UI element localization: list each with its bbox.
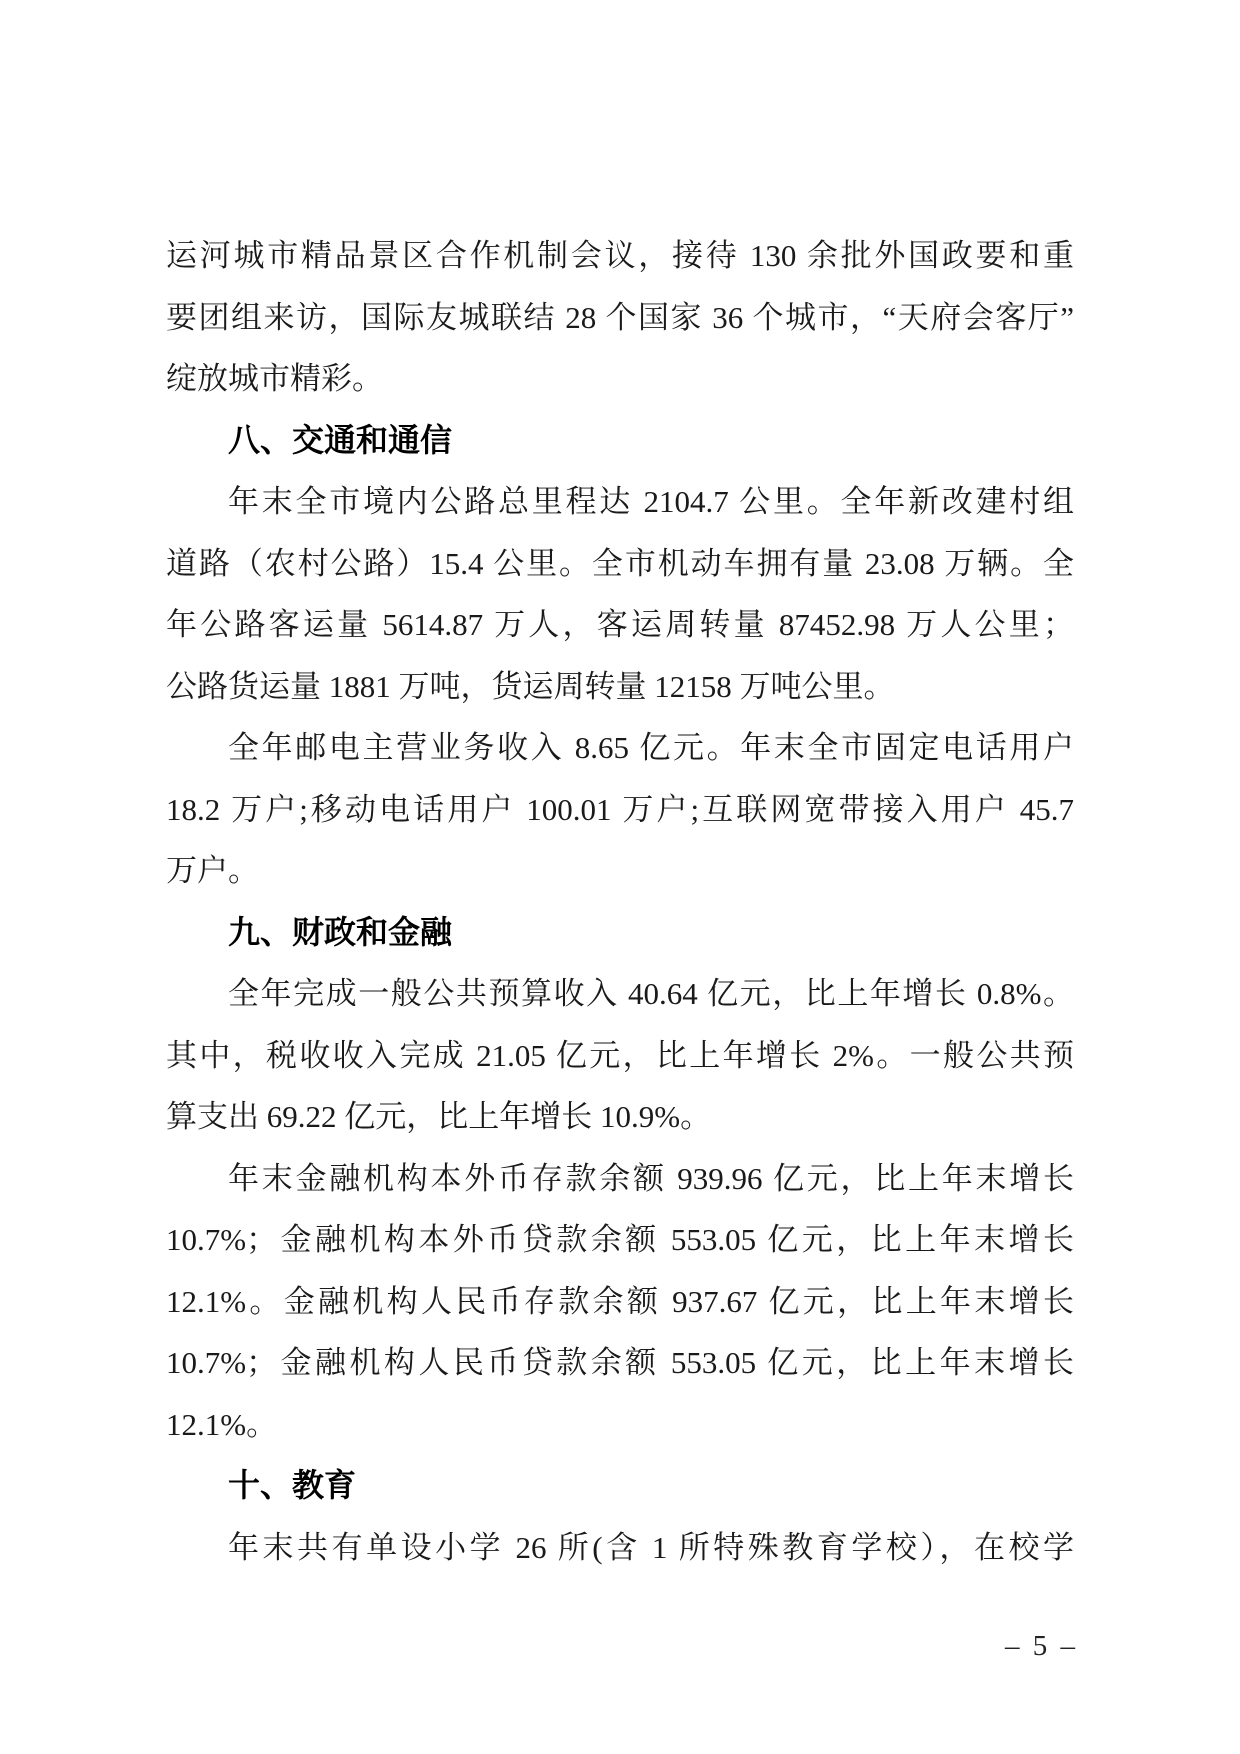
body-text-line: 全年完成一般公共预算收入 40.64 亿元，比上年增长 0.8%。 (166, 963, 1074, 1025)
body-text-line: 12.1%。 (166, 1394, 1074, 1456)
section-heading: 八、交通和通信 (166, 410, 1074, 472)
body-text-line: 算支出 69.22 亿元，比上年增长 10.9%。 (166, 1086, 1074, 1148)
page-number: – 5 – (1005, 1632, 1075, 1661)
paragraph: 年末全市境内公路总里程达 2104.7 公里。全年新改建村组道路（农村公路）15… (166, 471, 1074, 717)
body-text-line: 公路货运量 1881 万吨，货运周转量 12158 万吨公里。 (166, 656, 1074, 718)
section-heading: 十、教育 (166, 1455, 1074, 1517)
body-text-line: 运河城市精品景区合作机制会议，接待 130 余批外国政要和重 (166, 225, 1074, 287)
body-text-line: 年末金融机构本外币存款余额 939.96 亿元，比上年末增长 (166, 1148, 1074, 1210)
body-text-line: 万户。 (166, 840, 1074, 902)
body-text-line: 绽放城市精彩。 (166, 348, 1074, 410)
document-page: 运河城市精品景区合作机制会议，接待 130 余批外国政要和重要团组来访，国际友城… (0, 0, 1240, 1754)
section-heading: 九、财政和金融 (166, 902, 1074, 964)
body-text-line: 道路（农村公路）15.4 公里。全市机动车拥有量 23.08 万辆。全 (166, 533, 1074, 595)
body-text-line: 要团组来访，国际友城联结 28 个国家 36 个城市，“天府会客厅” (166, 287, 1074, 349)
body-text-line: 12.1%。金融机构人民币存款余额 937.67 亿元，比上年末增长 (166, 1271, 1074, 1333)
paragraph: 全年邮电主营业务收入 8.65 亿元。年末全市固定电话用户18.2 万户;移动电… (166, 717, 1074, 902)
body-text-line: 全年邮电主营业务收入 8.65 亿元。年末全市固定电话用户 (166, 717, 1074, 779)
paragraph: 年末金融机构本外币存款余额 939.96 亿元，比上年末增长10.7%；金融机构… (166, 1148, 1074, 1456)
body-text-line: 年公路客运量 5614.87 万人，客运周转量 87452.98 万人公里； (166, 594, 1074, 656)
body-text-line: 10.7%；金融机构人民币贷款余额 553.05 亿元，比上年末增长 (166, 1332, 1074, 1394)
body-text-line: 其中，税收收入完成 21.05 亿元，比上年增长 2%。一般公共预 (166, 1025, 1074, 1087)
document-content: 运河城市精品景区合作机制会议，接待 130 余批外国政要和重要团组来访，国际友城… (166, 225, 1074, 1578)
paragraph: 年末共有单设小学 26 所(含 1 所特殊教育学校），在校学 (166, 1517, 1074, 1579)
paragraph: 全年完成一般公共预算收入 40.64 亿元，比上年增长 0.8%。其中，税收收入… (166, 963, 1074, 1148)
body-text-line: 年末全市境内公路总里程达 2104.7 公里。全年新改建村组 (166, 471, 1074, 533)
body-text-line: 18.2 万户;移动电话用户 100.01 万户;互联网宽带接入用户 45.7 (166, 779, 1074, 841)
body-text-line: 10.7%；金融机构本外币贷款余额 553.05 亿元，比上年末增长 (166, 1209, 1074, 1271)
body-text-line: 年末共有单设小学 26 所(含 1 所特殊教育学校），在校学 (166, 1517, 1074, 1579)
paragraph: 运河城市精品景区合作机制会议，接待 130 余批外国政要和重要团组来访，国际友城… (166, 225, 1074, 410)
